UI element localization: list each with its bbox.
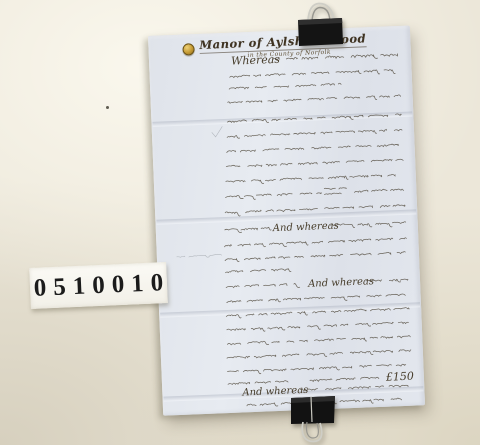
handwriting-line (227, 129, 402, 140)
pencil-checkmark (212, 127, 223, 137)
handwriting-line (354, 189, 403, 193)
handwriting-line (226, 174, 395, 185)
bottom-clip-wire-inner (306, 422, 318, 438)
handwriting-line (226, 158, 403, 167)
handwriting-line (228, 95, 401, 106)
handwriting-line (228, 364, 406, 375)
script-lead-word: And whereas (307, 276, 374, 290)
handwriting-line (224, 237, 406, 248)
handwriting-line (310, 377, 379, 382)
handwriting-line (226, 283, 300, 290)
handwriting-line (227, 335, 410, 346)
bottom-binder-clip (282, 392, 342, 445)
reference-number-label: 0510010 (29, 262, 168, 309)
manuscript-paper: Manor of Aylsham Wood in the County of N… (148, 25, 425, 415)
reference-number: 0510010 (26, 268, 171, 302)
top-binder-clip (286, 0, 350, 52)
handwriting-line (177, 254, 222, 258)
handwriting-line (225, 192, 321, 201)
handwriting-line (227, 321, 409, 333)
handwriting-line (227, 144, 399, 153)
script-lead-word: £150 (385, 370, 414, 384)
photo-wall-background: Manor of Aylsham Wood in the County of N… (0, 0, 480, 445)
handwriting-line (229, 83, 341, 90)
wall-speck (106, 106, 109, 109)
handwriting-line (324, 193, 341, 195)
handwriting-line (300, 385, 408, 391)
handwriting-line (272, 53, 397, 62)
handwriting-line (225, 252, 405, 262)
handwriting-line (227, 294, 406, 306)
script-lead-word: And whereas (272, 221, 339, 235)
script-lead-word: Whereas (231, 53, 281, 68)
handwriting-line (230, 69, 395, 80)
handwriting-line (228, 381, 288, 385)
handwriting-line (324, 187, 346, 189)
handwriting-layer: WhereasAnd whereasAnd whereas£150And whe… (148, 25, 425, 415)
handwriting-line (225, 268, 290, 274)
handwriting-line (225, 204, 405, 216)
handwriting-line (227, 114, 401, 125)
handwriting-line (227, 349, 411, 360)
handwriting-line (226, 307, 409, 318)
